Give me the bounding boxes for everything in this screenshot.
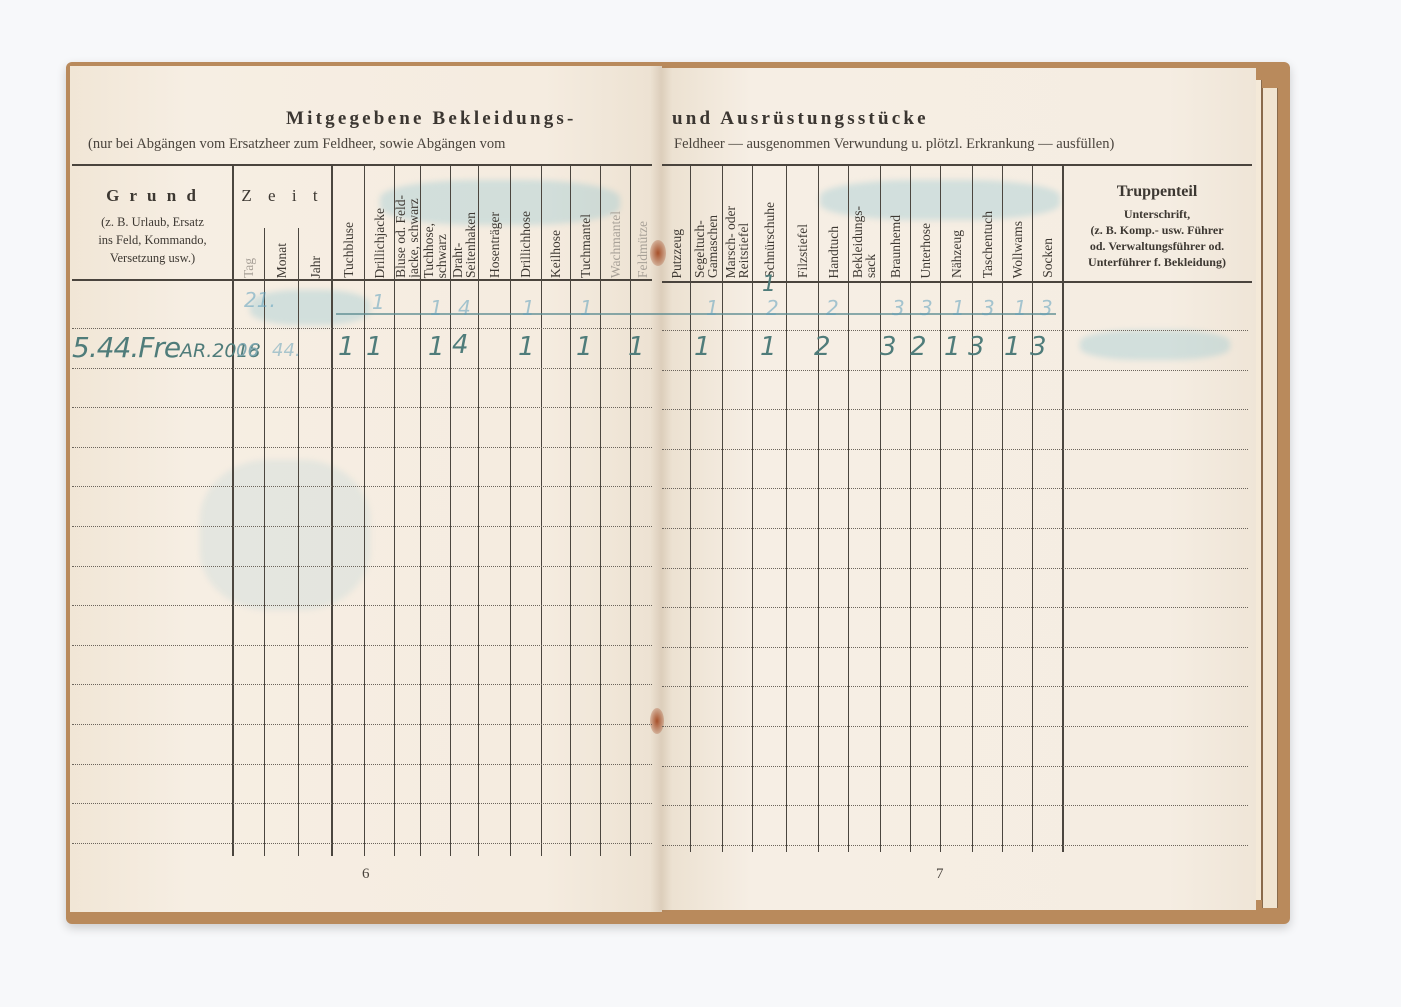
title-left: Mitgegebene Bekleidungs- xyxy=(286,108,577,130)
grid-line xyxy=(570,166,571,856)
grid-line xyxy=(880,166,881,852)
header-putzzeug: Putzzeug xyxy=(662,168,690,278)
grid-line xyxy=(331,166,333,856)
row1-drillichjacke: 1 xyxy=(372,290,385,314)
truppenteil-heading: Truppenteil xyxy=(1064,183,1250,201)
header-handtuch: Handtuch xyxy=(818,168,848,278)
grid-line xyxy=(420,166,421,856)
header-feldmuetze: Feldmütze xyxy=(630,168,655,278)
grid-line xyxy=(786,166,787,852)
row2-wachmantel: 1 xyxy=(628,332,645,362)
ink-stamp-residue xyxy=(200,460,370,610)
grid-line xyxy=(510,166,511,856)
row1-tuchhose: 1 xyxy=(430,296,443,320)
row2-tuchbluse: 1 xyxy=(338,332,355,362)
row1-handtuch: 2 xyxy=(826,296,839,320)
grund-heading: G r u n d xyxy=(72,186,233,206)
row-divider xyxy=(72,684,652,685)
grid-line xyxy=(848,166,849,852)
grid-line xyxy=(232,166,234,856)
row2-socken: 3 xyxy=(1030,332,1047,362)
grid-line xyxy=(972,166,973,852)
row-divider xyxy=(662,370,1248,371)
header-tag: Tag xyxy=(233,168,264,278)
row2-handtuch: 2 xyxy=(814,332,831,362)
row-divider xyxy=(662,528,1248,529)
grid-line xyxy=(600,166,601,856)
row2-tuchhose: 1 xyxy=(428,332,445,362)
row-divider xyxy=(662,449,1248,450)
row1-wollwams: 1 xyxy=(1014,296,1027,320)
grid-line xyxy=(722,166,723,852)
header-taschentuch: Taschentuch xyxy=(972,168,1002,278)
row2-unterhose: 2 xyxy=(910,332,927,362)
grid-line xyxy=(940,166,941,852)
row-divider xyxy=(662,726,1248,727)
strikethrough-line xyxy=(336,313,1056,315)
row-divider xyxy=(662,686,1248,687)
row-divider xyxy=(72,526,652,527)
row2-taschentuch: 3 xyxy=(968,332,985,362)
subtitle-right: Feldheer — ausgenommen Verwundung u. plö… xyxy=(674,136,1114,153)
row2-monat: 44. xyxy=(272,340,301,361)
grid-line xyxy=(541,166,542,856)
grid-line xyxy=(394,166,395,856)
row2-schnuerschuhe: 1 xyxy=(760,332,777,362)
header-keilhose: Keilhose xyxy=(541,168,570,278)
title-right: und Ausrüstungsstücke xyxy=(672,108,929,130)
header-bottom-rule xyxy=(662,281,1252,283)
row-divider xyxy=(662,607,1248,608)
row2-tuchmantel: 1 xyxy=(576,332,593,362)
row-divider xyxy=(662,845,1248,846)
header-bottom-rule xyxy=(72,279,652,281)
header-wachmantel: Wachmantel xyxy=(600,168,630,278)
table-top-rule xyxy=(72,164,652,166)
row-divider xyxy=(662,568,1248,569)
row1-braunhemd: 3 xyxy=(892,296,905,320)
row1-putzzeug: 1 xyxy=(706,296,719,320)
header-tuchhose: Tuchhose, schwarz xyxy=(420,168,450,278)
truppenteil-note-line: Unterführer f. Bekleidung) xyxy=(1064,254,1250,270)
row-divider xyxy=(72,566,652,567)
truppenteil-note-line: od. Verwaltungsführer od. xyxy=(1064,238,1250,254)
grid-line xyxy=(478,166,479,856)
row-divider xyxy=(72,764,652,765)
page-number-left: 6 xyxy=(362,866,370,883)
row1-naehzeug: 1 xyxy=(952,296,965,320)
header-braunhemd: Braunhemd xyxy=(880,168,910,278)
table-top-rule xyxy=(662,164,1252,166)
row-divider xyxy=(72,605,652,606)
row2-putzzeug: 1 xyxy=(694,332,711,362)
truppenteil-note-line: (z. B. Komp.- usw. Führer xyxy=(1064,222,1250,238)
row-divider xyxy=(72,368,652,369)
grund-note-line: (z. B. Urlaub, Ersatz xyxy=(72,213,233,231)
truppenteil-note: Unterschrift, (z. B. Komp.- usw. Führer … xyxy=(1064,206,1250,270)
row2-wollwams: 1 xyxy=(1004,332,1021,362)
grid-line xyxy=(450,166,451,856)
grid-line xyxy=(630,166,631,856)
grid-line xyxy=(690,166,691,852)
row-divider xyxy=(72,328,652,329)
row1-draht: 4 xyxy=(458,296,471,320)
grid-line xyxy=(818,166,819,852)
header-hosentraeger: Hosenträger xyxy=(478,168,510,278)
row-divider xyxy=(72,407,652,408)
row-divider xyxy=(72,843,652,844)
row2-draht: 4 xyxy=(452,330,469,360)
header-draht-seitenhaken: Draht- Seitenhaken xyxy=(450,168,478,278)
header-segeltuch-gamaschen: Segeltuch- Gamaschen xyxy=(690,168,722,278)
header-socken: Socken xyxy=(1032,168,1062,278)
row2-drillichhose: 1 xyxy=(518,332,535,362)
row-divider xyxy=(662,330,1248,331)
header-bekleidungssack: Bekleidungs- sack xyxy=(848,168,880,278)
row-divider xyxy=(72,447,652,448)
grid-line xyxy=(1002,166,1003,852)
row-divider xyxy=(72,645,652,646)
row-divider xyxy=(72,486,652,487)
subtitle-left: (nur bei Abgängen vom Ersatzheer zum Fel… xyxy=(88,136,505,153)
row2-tag: 06 xyxy=(236,340,259,361)
page-number-right: 7 xyxy=(936,866,944,883)
row1-tuchmantel: 1 xyxy=(580,296,593,320)
header-filzstiefel: Filzstiefel xyxy=(786,168,818,278)
header-unterhose: Unterhose xyxy=(910,168,940,278)
grid-line xyxy=(364,166,365,856)
header-drillichhose: Drillichhose xyxy=(510,168,541,278)
grid-line xyxy=(1032,166,1033,852)
row1-schnuerschuhe: 2 xyxy=(766,296,779,320)
row-divider xyxy=(662,409,1248,410)
header-monat: Monat xyxy=(264,168,298,278)
row2-drillichjacke: 1 xyxy=(366,332,383,362)
grund-note: (z. B. Urlaub, Ersatz ins Feld, Kommando… xyxy=(72,213,233,267)
row-divider xyxy=(72,724,652,725)
row-divider xyxy=(662,766,1248,767)
header-jahr: Jahr xyxy=(298,168,332,278)
grid-line xyxy=(752,166,753,852)
row1-drillichhose: 1 xyxy=(522,296,535,320)
row-divider xyxy=(662,647,1248,648)
row-divider xyxy=(662,488,1248,489)
grund-note-line: Versetzung usw.) xyxy=(72,249,233,267)
header-bluse: Bluse od. Feld- jacke, schwarz xyxy=(394,168,420,278)
rust-stain xyxy=(650,708,664,734)
row1-schnuerschuhe-correction: 1 xyxy=(762,272,776,297)
header-drillichjacke: Drillichjacke xyxy=(364,168,394,278)
header-tuchbluse: Tuchbluse xyxy=(332,168,364,278)
row1-unterhose: 3 xyxy=(920,296,933,320)
row-divider xyxy=(662,805,1248,806)
grid-line xyxy=(1062,166,1064,852)
row1-tag: 21. xyxy=(244,288,276,312)
header-tuchmantel: Tuchmantel xyxy=(570,168,600,278)
header-wollwams: Wollwams xyxy=(1002,168,1032,278)
header-schnuerschuhe: Schnürschuhe xyxy=(752,168,786,278)
ink-blot xyxy=(1080,330,1230,360)
header-marsch-reitstiefel: Marsch- oder Reitstiefel xyxy=(722,168,752,278)
row2-braunhemd: 3 xyxy=(880,332,897,362)
row-divider xyxy=(72,803,652,804)
page-edge xyxy=(1262,88,1278,908)
header-naehzeug: Nähzeug xyxy=(940,168,972,278)
row1-taschentuch: 3 xyxy=(982,296,995,320)
grid-line xyxy=(910,166,911,852)
truppenteil-note-line: Unterschrift, xyxy=(1064,206,1250,222)
row2-grund: 5.44.Fre xyxy=(72,331,180,364)
row1-socken: 3 xyxy=(1040,296,1053,320)
grund-note-line: ins Feld, Kommando, xyxy=(72,231,233,249)
row2-naehzeug: 1 xyxy=(944,332,961,362)
